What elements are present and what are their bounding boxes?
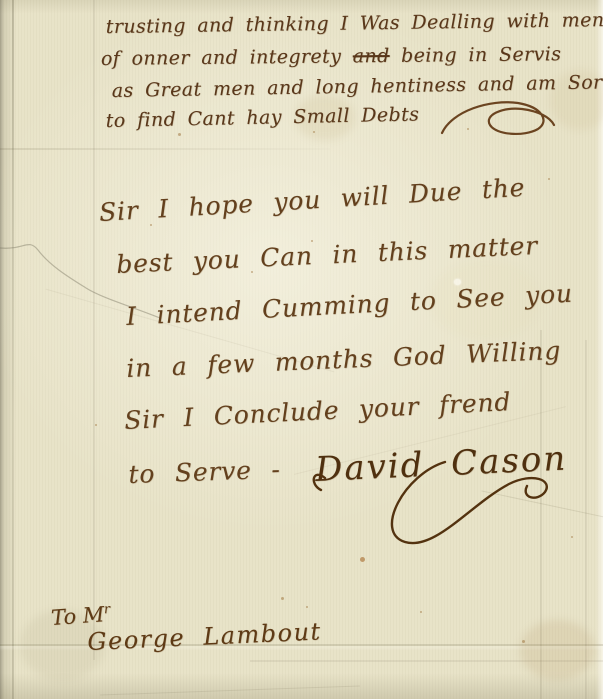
address-prefix-text: To M xyxy=(50,602,105,630)
strikethrough-word: and xyxy=(353,45,390,67)
handwriting-line: to Serve - xyxy=(128,455,281,489)
line-text: being in Servis xyxy=(390,43,562,67)
address-superscript: r xyxy=(103,602,110,617)
address-prefix: To Mr xyxy=(50,602,111,630)
line-text: of onner and integrety xyxy=(101,45,353,70)
scanned-letter: trusting and thinking I Was Dealling wit… xyxy=(0,0,603,699)
